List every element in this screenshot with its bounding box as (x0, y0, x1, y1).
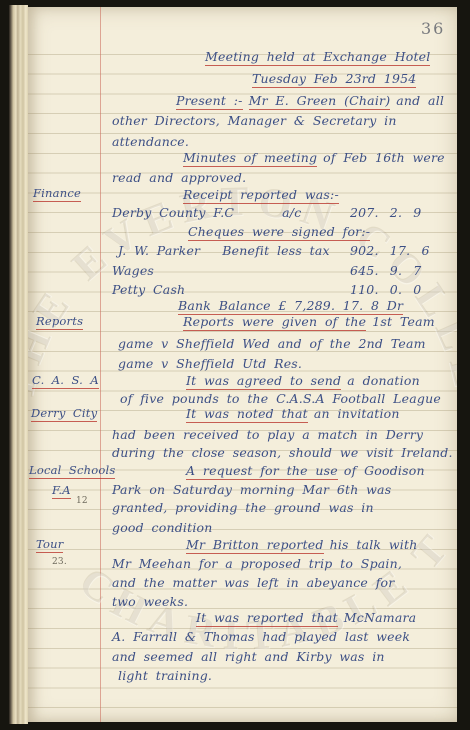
handwritten-text: Receipt reported was:- (183, 187, 339, 204)
handwritten-text: Cheques were signed for:- (188, 224, 370, 241)
handwritten-text: A. Farrall & Thomas had played last week (112, 629, 410, 644)
handwritten-text: during the close season, should we visit… (112, 445, 453, 460)
handwritten-text: It was noted that (186, 406, 308, 423)
handwritten-text: J. W. Parker (118, 243, 200, 258)
margin-note-text: 23. (52, 557, 67, 567)
margin-note: Local Schools (29, 464, 115, 477)
margin-note: Reports (36, 315, 83, 328)
margin-note: Tour (36, 538, 63, 551)
handwritten-text: Meeting held at Exchange Hotel (205, 49, 430, 66)
manuscript-line: Derby County F.Ca/c (112, 206, 301, 220)
manuscript-line: Reports were given of the1st Team (183, 315, 435, 329)
handwritten-text: It was agreed to send (186, 373, 341, 390)
manuscript-line: A request for the useof Goodison (186, 464, 425, 478)
margin-note-text: F.A (52, 483, 71, 499)
handwritten-text: had been received to play a match in Der… (112, 427, 423, 442)
margin-note: Finance (33, 187, 81, 200)
manuscript-line: It was reported thatMcNamara (196, 611, 416, 625)
handwritten-text: 1st Team (372, 314, 435, 329)
manuscript-line: Mr Britton reportedhis talk with (186, 538, 417, 552)
manuscript-line: Bank Balance £ 7,289. 17. 8 Dr (178, 299, 403, 313)
manuscript-line: Cheques were signed for:- (188, 225, 370, 239)
margin-note: C. A. S. A (32, 374, 99, 387)
handwritten-text: Tuesday Feb 23rd 1954 (252, 71, 416, 88)
manuscript-line: It was noted thatan invitation (186, 407, 400, 421)
handwritten-text: other Directors, Manager & Secretary in (112, 113, 397, 128)
handwritten-text: Park on Saturday morning Mar 6th was (112, 482, 391, 497)
scanned-minute-book-photo: THE EVERTON COLLECTION THE EVERTON COLLE… (0, 0, 470, 730)
handwritten-text: Benefit less tax (222, 243, 330, 258)
handwritten-text: two weeks. (112, 594, 188, 609)
manuscript-line: Tuesday Feb 23rd 1954 (252, 72, 416, 86)
margin-note: Derry City (31, 407, 97, 420)
manuscript-line: Meeting held at Exchange Hotel (205, 50, 430, 64)
handwritten-text: a donation (347, 373, 420, 388)
handwritten-text: of Goodison (344, 463, 425, 478)
handwritten-text: game v Sheffield Utd Res. (118, 356, 302, 371)
manuscript-line: read and approved. (112, 171, 246, 185)
handwritten-text: Mr Britton reported (186, 537, 324, 554)
manuscript-line: granted, providing the ground was in (112, 501, 374, 515)
page-number: 36 (421, 19, 445, 38)
handwritten-text: Minutes of meeting (183, 150, 317, 167)
handwritten-text: and all (396, 93, 444, 108)
handwritten-text: Mr Meehan for a proposed trip to Spain, (112, 556, 402, 571)
handwritten-text: light training. (118, 668, 212, 683)
margin-note-text: Derry City (31, 406, 97, 422)
margin-note: F.A (52, 484, 71, 497)
amount-value: 110. 0. 0 (350, 283, 421, 297)
manuscript-line: Mr Meehan for a proposed trip to Spain, (112, 557, 402, 571)
page-edge-gutter (9, 5, 28, 724)
amount-value: 207. 2. 9 (350, 206, 421, 220)
manuscript-line: attendance. (112, 135, 189, 149)
margin-note: 12 (76, 497, 88, 507)
margin-note-text: 12 (76, 496, 88, 506)
ledger-page: THE EVERTON COLLECTION THE EVERTON COLLE… (28, 7, 457, 722)
manuscript-line: two weeks. (112, 595, 188, 609)
handwritten-text: a/c (282, 205, 301, 220)
handwritten-text: attendance. (112, 134, 189, 149)
manuscript-line: and seemed all right and Kirby was in (112, 650, 385, 664)
manuscript-line: J. W. ParkerBenefit less tax (118, 244, 330, 258)
manuscript-line: Petty Cash (112, 283, 185, 297)
handwritten-text: It was reported that (196, 610, 338, 627)
manuscript-line: had been received to play a match in Der… (112, 428, 423, 442)
handwritten-text: A request for the use (186, 463, 338, 480)
handwritten-text: read and approved. (112, 170, 246, 185)
handwritten-text: Wages (112, 263, 154, 278)
handwritten-text: his talk with (330, 537, 418, 552)
red-margin-rule-line (100, 7, 101, 722)
handwritten-text: and seemed all right and Kirby was in (112, 649, 385, 664)
manuscript-line: Wages (112, 264, 154, 278)
manuscript-line: It was agreed to senda donation (186, 374, 420, 388)
manuscript-line: of five pounds to the C.A.S.A Football L… (120, 392, 441, 406)
margin-note-text: Reports (36, 314, 83, 330)
manuscript-line: good condition (112, 521, 213, 535)
handwritten-text: Reports were given of the (183, 314, 366, 331)
handwritten-text: Present :- (176, 93, 243, 110)
manuscript-line: game v Sheffield Utd Res. (118, 357, 302, 371)
handwritten-text: McNamara (344, 610, 417, 625)
handwritten-text: and the matter was left in abeyance for (112, 575, 394, 590)
margin-note-text: Tour (36, 537, 63, 553)
handwritten-text: Bank Balance £ 7,289. 17. 8 Dr (178, 298, 403, 315)
manuscript-line: game v Sheffield Wed and of the 2nd Team (118, 337, 426, 351)
handwritten-text: of five pounds to the C.A.S.A Football L… (120, 391, 441, 406)
handwritten-text: game v Sheffield Wed and of the 2nd Team (118, 336, 426, 351)
handwritten-text: Mr E. Green (Chair) (249, 93, 391, 110)
margin-note-text: Local Schools (29, 463, 115, 479)
amount-value: 902. 17. 6 (350, 244, 430, 258)
handwritten-text: granted, providing the ground was in (112, 500, 374, 515)
manuscript-line: A. Farrall & Thomas had played last week (112, 630, 410, 644)
margin-note-text: Finance (33, 186, 81, 202)
handwritten-text: good condition (112, 520, 213, 535)
manuscript-line: Park on Saturday morning Mar 6th was (112, 483, 391, 497)
manuscript-line: other Directors, Manager & Secretary in (112, 114, 397, 128)
manuscript-line: Minutes of meetingof Feb 16th were (183, 151, 445, 165)
manuscript-line: light training. (118, 669, 212, 683)
manuscript-line: Present :-Mr E. Green (Chair)and all (176, 94, 444, 108)
handwritten-text: of Feb 16th were (323, 150, 445, 165)
handwritten-text: Petty Cash (112, 282, 185, 297)
handwritten-text: Derby County F.C (112, 205, 234, 220)
amount-value: 645. 9. 7 (350, 264, 421, 278)
manuscript-line: during the close season, should we visit… (112, 446, 453, 460)
manuscript-line: Receipt reported was:- (183, 188, 339, 202)
handwritten-text: an invitation (314, 406, 400, 421)
manuscript-line: and the matter was left in abeyance for (112, 576, 394, 590)
margin-note: 23. (52, 558, 67, 568)
margin-note-text: C. A. S. A (32, 373, 99, 389)
